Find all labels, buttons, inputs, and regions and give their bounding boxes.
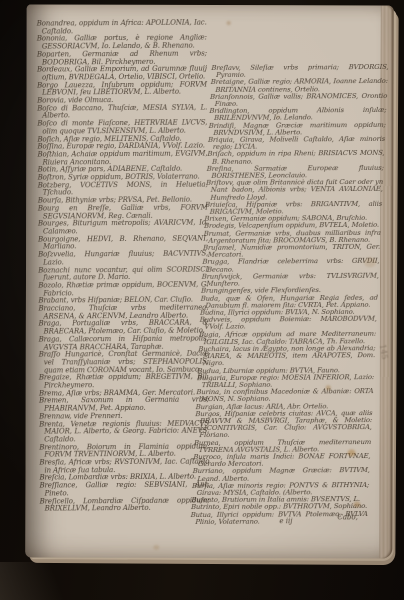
book-photo: Bonandrea, oppidum in Africa: APOLLONIA,… [0, 0, 404, 600]
foxing-spot [326, 385, 331, 390]
index-column-right: Breſlavv, Sileſiæ vrbs primaria; BVDORGI… [190, 64, 388, 526]
index-entry: Bremen, Saxonum in Germania vrbs; PHABIR… [39, 397, 209, 413]
index-entry: Buchaira, lacus in Ægypto, non longe ab … [198, 345, 376, 368]
table-surface-glint [0, 562, 78, 600]
index-entry: Burina, in confinibus Macedoniæ & Albani… [196, 388, 374, 403]
foxing-spot [348, 449, 356, 456]
foxing-spot [353, 501, 360, 507]
index-entry: Braſſo Hungaricè, Cronſtat Germanicè, Da… [39, 351, 209, 375]
foxing-spot [227, 21, 231, 25]
foxing-spot [276, 115, 279, 118]
index-entry: Brenta, Venetæ regionis fluuius: MEDVACV… [39, 420, 209, 444]
index-entry: Briſtovv, quæ olim Britannicè dicta fuit… [205, 179, 383, 202]
index-entry: Borgo Lauezza, Inſubrum oppidum; FORVM L… [37, 81, 207, 97]
signature-mark: e iij [279, 517, 292, 525]
index-entry: Boſco di monte Fiaſcone, HETRVRIAE LVCVS… [37, 120, 207, 136]
index-column-left: Bonandrea, oppidum in Africa: APOLLONIA,… [37, 20, 210, 514]
index-entry: Burgos, Hiſpaniæ celebris ciuitas: AVCA,… [194, 410, 372, 440]
foxing-spot [364, 257, 376, 267]
book-page: Bonandrea, oppidum in Africa: APOLLONIA,… [25, 5, 393, 559]
index-entry: Boſzvvelia, Hungariæ fluuius; BACVNTIVS,… [38, 251, 208, 267]
catchword: Cabo, [337, 513, 357, 521]
foxing-spot [153, 545, 159, 550]
index-entry: Breſicello, Lombardiæ Ciſpadanæ oppidum;… [40, 497, 210, 513]
